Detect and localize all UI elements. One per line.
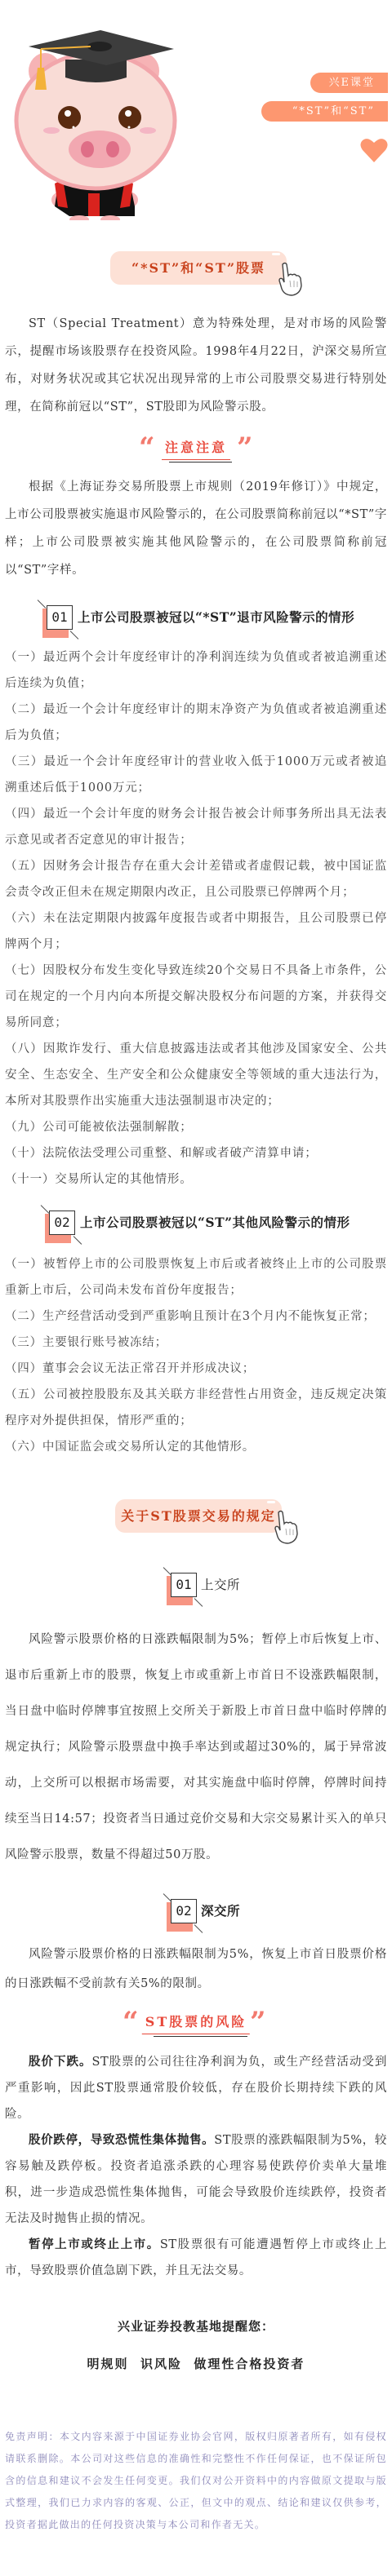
list-item: （四）最近一个会计年度的财务会计报告被会计师事务所出具无法表示意见或者否定意见的…: [0, 801, 392, 853]
list-item: （十）法院依法受理公司重整、和解或者破产清算申请；: [0, 1140, 392, 1166]
open-quote-icon: “: [122, 2008, 139, 2036]
notice-paragraph: 根据《上海证券交易所股票上市规则（2019年修订）》中规定，上市公司股票被实施退…: [0, 473, 392, 584]
notice-heading: “ 注意注意 ”: [0, 429, 392, 485]
graduation-pig-mascot-icon: [4, 12, 184, 220]
section-title: 深交所: [201, 1899, 240, 1923]
list-item: （六）中国证监会或交易所认定的其他情形。: [0, 1434, 392, 1460]
heart-icon: [360, 137, 388, 163]
corner-line: [41, 1205, 50, 1214]
list-item: （八）因欺诈发行、重大信息披露违法或者其他涉及国家安全、公共安全、生态安全、生产…: [0, 1036, 392, 1114]
list-item: （九）公司可能被依法强制解散；: [0, 1114, 392, 1140]
list-item: （二）生产经营活动受到严重影响且预计在3个月内不能恢复正常；: [0, 1303, 392, 1330]
close-quote-icon: ”: [250, 2008, 266, 2036]
corner-line: [73, 1236, 82, 1245]
risk-item: 股价下跌。ST股票的公司往往净利润为负，或生产经营活动受到严重影响，因此ST股票…: [0, 2049, 392, 2127]
sse-heading: 01 上交所: [0, 1566, 392, 1613]
corner-line: [70, 631, 79, 640]
pointing-hand-icon: [276, 261, 304, 297]
pointing-hand-icon: [272, 1509, 300, 1545]
star-st-list: （一）最近两个会计年度经审计的净利润连续为负值或者被追溯重述后连续为负值； （二…: [0, 644, 392, 1193]
section-number: 01: [47, 605, 73, 630]
list-item: （四）董事会会议无法正常召开并形成决议；: [0, 1356, 392, 1382]
open-quote-icon: “: [139, 434, 155, 462]
intro-pill-title: “*ST”和“ST”股票: [110, 251, 287, 285]
list-item: （一）被暂停上市的公司股票恢复上市后或者被终止上市的公司股票重新上市后，公司尚未…: [0, 1251, 392, 1303]
section-number: 02: [171, 1899, 197, 1923]
closing-block: 兴业证券投教基地提醒您： 明规则 识风险 做理性合格投资者: [0, 2312, 392, 2379]
section-title: 上交所: [201, 1573, 240, 1597]
section-number: 01: [171, 1573, 197, 1597]
st-list: （一）被暂停上市的公司股票恢复上市后或者被终止上市的公司股票重新上市后，公司尚未…: [0, 1251, 392, 1460]
trading-heading: 关于ST股票交易的规定: [0, 1485, 392, 1558]
risk-item: 暂停上市或终止上市。ST股票很有可能遭遇暂停上市或终止上市，导致股票价值急剧下跌…: [0, 2232, 392, 2284]
header-banner: 兴E课堂 “*ST”和“ST”: [0, 0, 392, 237]
risk-text: ST股票的涨跌幅限制为5%，较容易触及跌停板。投资者追涨杀跌的心理容易使跌停价卖…: [5, 2134, 387, 2225]
risks-heading: “ ST股票的风险 ”: [0, 2003, 392, 2059]
heading-underline: [169, 462, 232, 463]
closing-reminder: 兴业证券投教基地提醒您：: [0, 2312, 392, 2341]
closing-slogan: 明规则 识风险 做理性合格投资者: [0, 2349, 392, 2379]
list-item: （十一）交易所认定的其他情形。: [0, 1166, 392, 1193]
risks-list: 股价下跌。ST股票的公司往往净利润为负，或生产经营活动受到严重影响，因此ST股票…: [0, 2049, 392, 2284]
szse-paragraph: 风险警示股票价格的日涨跌幅限制为5%，恢复上市首日股票价格的日涨跌幅不受前款有关…: [0, 1940, 392, 1998]
list-item: （三）主要银行账号被冻结；: [0, 1330, 392, 1356]
intro-paragraph: ST（Special Treatment）意为特殊处理，是对市场的风险警示，提醒…: [0, 310, 392, 421]
corner-line: [194, 1598, 203, 1607]
list-item: （五）公司被控股股东及其关联方非经营性占用资金，违反规定决策程序对外提供担保，情…: [0, 1382, 392, 1434]
list-item: （六）未在法定期限内披露年度报告或者中期报告，且公司股票已停牌两个月；: [0, 905, 392, 958]
st-section-heading: 02 上市公司股票被冠以“ST”其他风险警示的情形: [0, 1204, 392, 1251]
intro-heading: “*ST”和“ST”股票: [0, 237, 392, 310]
risk-lead: 股价跌停，导致恐慌性集体抛售。: [29, 2133, 214, 2147]
section-title: 上市公司股票被冠以“*ST”退市风险警示的情形: [78, 605, 354, 630]
series-tag: 兴E课堂: [310, 73, 388, 93]
szse-heading: 02 深交所: [0, 1892, 392, 1940]
star-st-section-heading: 01 上市公司股票被冠以“*ST”退市风险警示的情形: [0, 597, 392, 644]
section-title: 上市公司股票被冠以“ST”其他风险警示的情形: [80, 1211, 350, 1235]
heading-underline: [154, 2036, 247, 2037]
notice-heading-title: 注意注意: [162, 437, 230, 460]
corner-line: [38, 600, 47, 609]
list-item: （七）因股权分布发生变化导致连续20个交易日不具备上市条件，公司在规定的一个月内…: [0, 958, 392, 1036]
section-number: 02: [49, 1211, 75, 1235]
risks-heading-title: ST股票的风险: [142, 2012, 250, 2034]
topic-tag: “*ST”和“ST”: [261, 101, 388, 122]
list-item: （二）最近一个会计年度经审计的期末净资产为负值或者被追溯重述后为负值；: [0, 697, 392, 749]
risk-item: 股价跌停，导致恐慌性集体抛售。ST股票的涨跌幅限制为5%，较容易触及跌停板。投资…: [0, 2127, 392, 2232]
trading-pill-title: 关于ST股票交易的规定: [115, 1499, 282, 1533]
corner-line: [194, 1924, 203, 1933]
list-item: （五）因财务会计报告存在重大会计差错或者虚假记载，被中国证监会责令改正但未在规定…: [0, 853, 392, 905]
disclaimer: 免责声明：本文内容来源于中国证券业协会官网，版权归原著者所有，如有侵权请联系删除…: [0, 2426, 392, 2569]
close-quote-icon: ”: [237, 434, 253, 462]
risk-lead: 暂停上市或终止上市。: [29, 2237, 160, 2251]
list-item: （三）最近一个会计年度经审计的营业收入低于1000万元或者被追溯重述后低于100…: [0, 749, 392, 801]
sse-paragraph: 风险警示股票价格的日涨跌幅限制为5%；暂停上市后恢复上市、退市后重新上市的股票，…: [0, 1622, 392, 1873]
list-item: （一）最近两个会计年度经审计的净利润连续为负值或者被追溯重述后连续为负值；: [0, 644, 392, 697]
